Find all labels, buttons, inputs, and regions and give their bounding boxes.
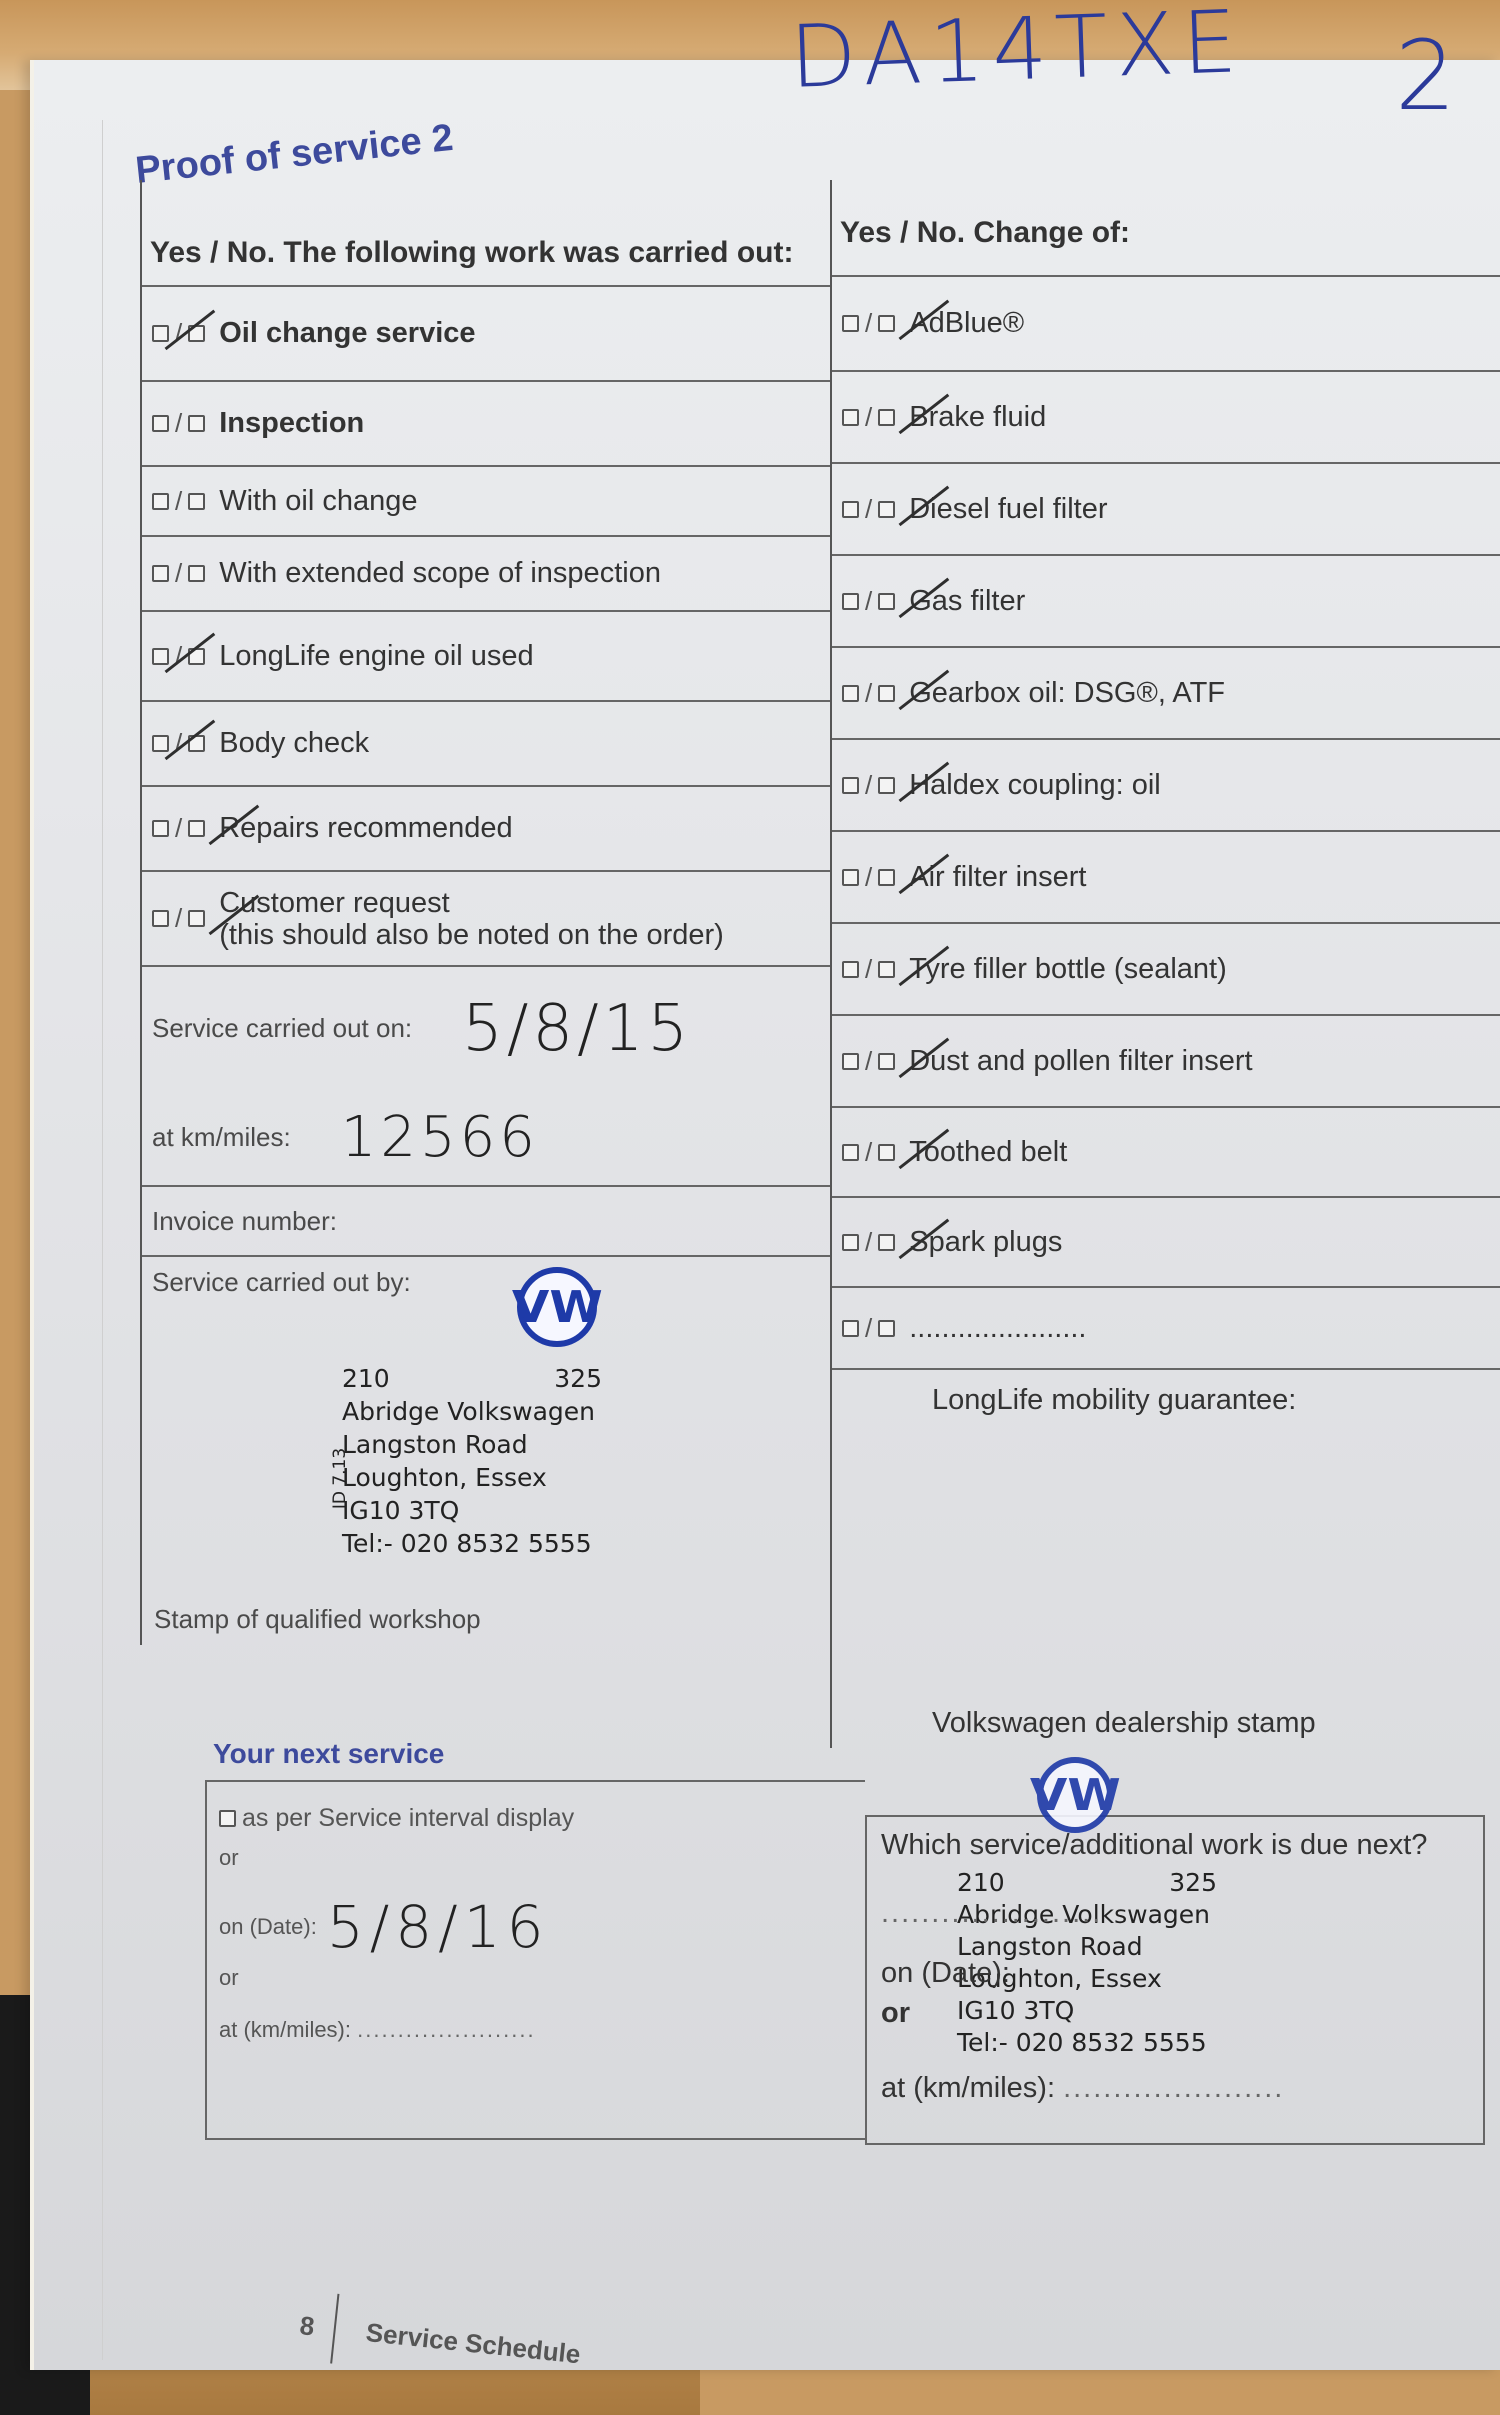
no-checkbox[interactable] [878, 869, 895, 886]
slash-separator: / [865, 770, 872, 801]
no-checkbox[interactable] [878, 501, 895, 518]
no-checkbox[interactable] [878, 1053, 895, 1070]
right-or-label: or [881, 1997, 910, 2030]
mileage-row: at km/miles: 12566 [142, 1090, 830, 1185]
change-item-row: /Gas filter [832, 554, 1500, 646]
invoice-row: Invoice number: [142, 1185, 830, 1255]
dealer-postcode: IG10 3TQ [342, 1494, 602, 1527]
slash-separator: / [865, 402, 872, 433]
slash-separator: / [865, 586, 872, 617]
right-km-label: at (km/miles): [881, 2072, 1055, 2104]
handwritten-registration: DA14TXE [788, 0, 1246, 108]
no-checkbox[interactable] [878, 409, 895, 426]
handwritten-page-number: 2 [1395, 20, 1462, 132]
yes-checkbox[interactable] [842, 1144, 859, 1161]
yes-no-checkbox-pair: / [842, 862, 895, 893]
vw-logo-stamp-icon: VW [1037, 1757, 1113, 1833]
work-item-label: Oil change service [219, 317, 475, 350]
next-km-value[interactable]: ...................... [357, 2017, 535, 2042]
yes-no-checkbox-pair: / [842, 1046, 895, 1077]
work-item-row: /Customer request(this should also be no… [142, 870, 830, 965]
change-item-row: /Spark plugs [832, 1196, 1500, 1286]
service-date-value[interactable]: 5/8/15 [462, 992, 692, 1066]
dealer-code-left: 210 [957, 1867, 1005, 1899]
no-checkbox[interactable] [878, 777, 895, 794]
dealer-street: Langston Road [342, 1428, 602, 1461]
change-item-row: /Tyre filler bottle (sealant) [832, 922, 1500, 1014]
yes-no-checkbox-pair: / [152, 728, 205, 759]
yes-no-checkbox-pair: / [152, 486, 205, 517]
yes-no-checkbox-pair: / [842, 1313, 895, 1344]
mileage-label: at km/miles: [152, 1122, 291, 1153]
page-edge-line [102, 120, 103, 2360]
mileage-value[interactable]: 12566 [341, 1105, 539, 1170]
work-carried-out-column: Yes / No. The following work was carried… [140, 180, 830, 1645]
no-checkbox[interactable] [878, 1234, 895, 1251]
no-checkbox[interactable] [878, 593, 895, 610]
work-item-label: With oil change [219, 485, 417, 518]
mobility-guarantee-row: LongLife mobility guarantee: Volkswagen … [832, 1368, 1500, 1748]
slash-separator: / [865, 678, 872, 709]
change-item-label: AdBlue® [909, 307, 1024, 340]
yes-checkbox[interactable] [842, 501, 859, 518]
change-item-row: /Gearbox oil: DSG®, ATF [832, 646, 1500, 738]
no-checkbox[interactable] [878, 685, 895, 702]
work-item-label: LongLife engine oil used [219, 640, 533, 673]
invoice-label: Invoice number: [152, 1206, 337, 1237]
dealer-code-left: 210 [342, 1362, 390, 1395]
slash-separator: / [865, 1313, 872, 1344]
or-label: or [219, 1965, 853, 1991]
next-date-label: on (Date): [219, 1914, 317, 1940]
dealer-side-code: ID 7.13 [324, 1448, 357, 1509]
slash-separator: / [175, 558, 182, 589]
yes-checkbox[interactable] [152, 325, 169, 342]
check-mark-icon [165, 720, 216, 761]
work-item-row: /LongLife engine oil used [142, 610, 830, 700]
dealer-phone: Tel:- 020 8532 5555 [342, 1527, 602, 1560]
change-item-row: /Brake fluid [832, 370, 1500, 462]
service-interval-checkbox[interactable] [219, 1810, 236, 1827]
right-km-value[interactable]: ...................... [1063, 2072, 1284, 2104]
footer-divider [331, 2294, 340, 2364]
slash-separator: / [865, 954, 872, 985]
slash-separator: / [175, 813, 182, 844]
dealer-stamp: 210 325 Abridge Volkswagen Langston Road… [342, 1362, 602, 1560]
yes-no-checkbox-pair: / [152, 318, 205, 349]
no-checkbox[interactable] [878, 961, 895, 978]
work-item-row: /Repairs recommended [142, 785, 830, 870]
yes-checkbox[interactable] [152, 735, 169, 752]
change-item-row: /Haldex coupling: oil [832, 738, 1500, 830]
no-checkbox[interactable] [878, 1144, 895, 1161]
change-item-label: Haldex coupling: oil [909, 769, 1160, 802]
yes-no-checkbox-pair: / [152, 408, 205, 439]
next-date-value[interactable]: 5/8/16 [327, 1893, 550, 1961]
yes-no-checkbox-pair: / [152, 813, 205, 844]
work-item-label: Repairs recommended [219, 812, 512, 845]
yes-no-checkbox-pair: / [842, 494, 895, 525]
yes-no-checkbox-pair: / [152, 558, 205, 589]
yes-no-checkbox-pair: / [842, 770, 895, 801]
work-item-label: With extended scope of inspection [219, 557, 661, 590]
yes-checkbox[interactable] [842, 1234, 859, 1251]
yes-no-checkbox-pair: / [842, 402, 895, 433]
proof-of-service-form: Yes / No. The following work was carried… [140, 180, 1500, 1750]
change-item-label: Diesel fuel filter [909, 493, 1107, 526]
yes-checkbox[interactable] [842, 869, 859, 886]
next-work-question: Which service/additional work is due nex… [881, 1829, 1469, 1862]
next-km-label: at (km/miles): [219, 2017, 351, 2042]
change-of-column: Yes / No. Change of: /AdBlue®/Brake flui… [830, 180, 1500, 1748]
next-service-title: Your next service [213, 1738, 444, 1770]
work-carried-out-heading: Yes / No. The following work was carried… [142, 180, 830, 285]
check-mark-icon [165, 310, 216, 351]
change-item-row: /Air filter insert [832, 830, 1500, 922]
change-item-row: /AdBlue® [832, 275, 1500, 370]
next-service-section: Your next service as per Service interva… [205, 1720, 1495, 2160]
dealer-town: Loughton, Essex [342, 1461, 602, 1494]
no-checkbox[interactable] [188, 493, 205, 510]
change-item-label: Gas filter [909, 585, 1025, 618]
yes-checkbox[interactable] [152, 493, 169, 510]
no-checkbox[interactable] [878, 1320, 895, 1337]
work-item-row: /With extended scope of inspection [142, 535, 830, 610]
yes-no-checkbox-pair: / [152, 641, 205, 672]
work-item-row: /Inspection [142, 380, 830, 465]
yes-checkbox[interactable] [842, 685, 859, 702]
carried-out-by-label: Service carried out by: [152, 1267, 411, 1298]
yes-checkbox[interactable] [152, 415, 169, 432]
slash-separator: / [175, 903, 182, 934]
change-item-row: /Diesel fuel filter [832, 462, 1500, 554]
no-checkbox[interactable] [188, 565, 205, 582]
slash-separator: / [175, 486, 182, 517]
yes-checkbox[interactable] [152, 910, 169, 927]
slash-separator: / [175, 641, 182, 672]
slash-separator: / [865, 1227, 872, 1258]
service-carried-out-by-row: Service carried out by: VW 210 325 Abrid… [142, 1255, 830, 1645]
yes-checkbox[interactable] [842, 409, 859, 426]
next-service-right-panel: Which service/additional work is due nex… [865, 1815, 1485, 2145]
work-item-row: /Oil change service [142, 285, 830, 380]
slash-separator: / [175, 408, 182, 439]
footer-section-title: Service Schedule [364, 2317, 581, 2370]
slash-separator: / [865, 1137, 872, 1168]
change-item-label: Brake fluid [909, 401, 1046, 434]
vw-logo-stamp-icon: VW [517, 1267, 597, 1347]
or-label: or [219, 1845, 853, 1871]
yes-checkbox[interactable] [152, 820, 169, 837]
yes-checkbox[interactable] [842, 777, 859, 794]
no-checkbox[interactable] [878, 315, 895, 332]
yes-checkbox[interactable] [842, 593, 859, 610]
slash-separator: / [865, 308, 872, 339]
yes-no-checkbox-pair: / [842, 954, 895, 985]
yes-no-checkbox-pair: / [842, 1227, 895, 1258]
yes-checkbox[interactable] [152, 648, 169, 665]
yes-no-checkbox-pair: / [842, 1137, 895, 1168]
service-interval-label: as per Service interval display [242, 1804, 574, 1833]
check-mark-icon [165, 632, 216, 673]
work-item-row: /With oil change [142, 465, 830, 535]
change-item-row: /Toothed belt [832, 1106, 1500, 1196]
dealer-name: Abridge Volkswagen [342, 1395, 602, 1428]
service-date-row: Service carried out on: 5/8/15 [142, 965, 830, 1090]
slash-separator: / [865, 1046, 872, 1077]
change-item-row: /...................... [832, 1286, 1500, 1368]
work-item-label: Body check [219, 727, 369, 760]
no-checkbox[interactable] [188, 415, 205, 432]
no-checkbox[interactable] [188, 820, 205, 837]
yes-checkbox[interactable] [842, 315, 859, 332]
slash-separator: / [865, 494, 872, 525]
dealer-code-right: 325 [1169, 1867, 1217, 1899]
footer-page-number: 8 [298, 2310, 316, 2342]
next-work-dotted-line[interactable]: ...................... [881, 1897, 1301, 1930]
no-checkbox[interactable] [188, 910, 205, 927]
dealer-phone: Tel:- 020 8532 5555 [957, 2027, 1217, 2059]
next-service-left-panel: as per Service interval display or on (D… [205, 1780, 865, 2140]
work-item-label: Inspection [219, 407, 364, 440]
yes-checkbox[interactable] [842, 961, 859, 978]
yes-no-checkbox-pair: / [842, 678, 895, 709]
change-item-label: Tyre filler bottle (sealant) [909, 953, 1227, 986]
right-date-label: on (Date): [881, 1957, 1010, 1990]
service-date-label: Service carried out on: [152, 1013, 412, 1044]
mobility-guarantee-label: LongLife mobility guarantee: [932, 1384, 1296, 1417]
change-item-row: /Dust and pollen filter insert [832, 1014, 1500, 1106]
dealer-code-right: 325 [554, 1362, 602, 1395]
change-item-label: Dust and pollen filter insert [909, 1045, 1252, 1078]
yes-no-checkbox-pair: / [842, 308, 895, 339]
slash-separator: / [865, 862, 872, 893]
change-item-label: ...................... [909, 1312, 1086, 1345]
change-of-heading: Yes / No. Change of: [832, 180, 1500, 275]
yes-no-checkbox-pair: / [842, 586, 895, 617]
yes-checkbox[interactable] [152, 565, 169, 582]
yes-checkbox[interactable] [842, 1320, 859, 1337]
yes-checkbox[interactable] [842, 1053, 859, 1070]
work-item-label: Customer request(this should also be not… [219, 887, 724, 951]
dealer-postcode: IG10 3TQ [957, 1995, 1217, 2027]
work-item-row: /Body check [142, 700, 830, 785]
yes-no-checkbox-pair: / [152, 903, 205, 934]
change-item-label: Gearbox oil: DSG®, ATF [909, 677, 1225, 710]
workshop-stamp-label: Stamp of qualified workshop [154, 1604, 481, 1635]
